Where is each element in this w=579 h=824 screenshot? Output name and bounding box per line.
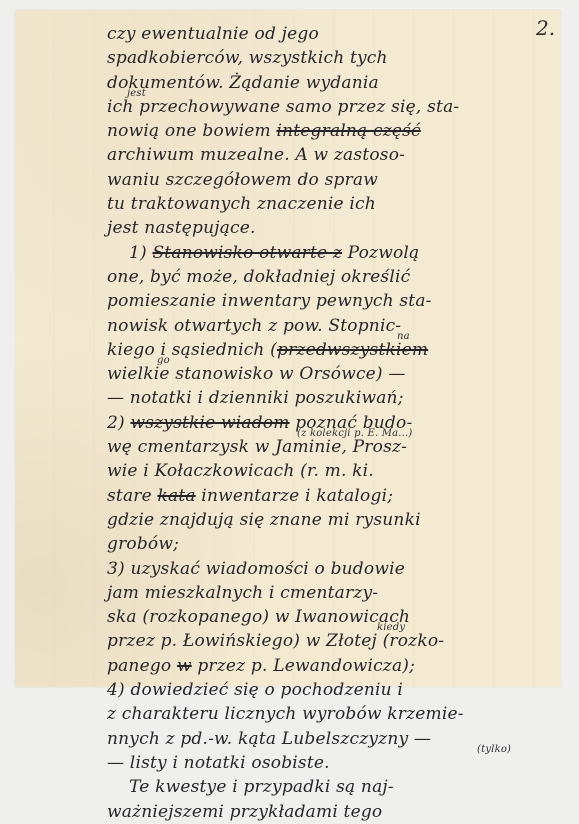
manuscript-line: gdzie znajdują się znane mi rysunki xyxy=(107,508,577,532)
manuscript-line: wę cmentarzysk w Jaminie, Prosz-(z kolek… xyxy=(107,435,577,459)
interlinear-insertion: kiedy xyxy=(377,623,405,633)
manuscript-line: kiego i sąsiednich (przedwszystkiemna xyxy=(107,338,577,362)
interlinear-insertion: jest xyxy=(127,89,146,99)
interlinear-insertion: go xyxy=(157,356,170,366)
manuscript-line: wielkie stanowisko w Orsówce) —go xyxy=(107,362,577,386)
manuscript-line: panego w przez p. Lewandowicza); xyxy=(107,654,577,678)
manuscript-line: jam mieszkalnych i cmentarzy- xyxy=(107,581,577,605)
manuscript-line: tu traktowanych znaczenie ich xyxy=(107,192,577,216)
struck-text: w xyxy=(177,656,192,676)
manuscript-line: one, być może, dokładniej określić xyxy=(107,265,577,289)
struck-text: Stanowisko otwarte z xyxy=(152,243,342,263)
manuscript-line: 4) dowiedzieć się o pochodzeniu i xyxy=(107,678,577,702)
struck-text: przedwszystkiem xyxy=(277,340,428,360)
struck-text: wszystkie wiadom xyxy=(130,413,289,433)
manuscript-line: 3) uzyskać wiadomości o budowie xyxy=(107,557,577,581)
interlinear-insertion: (z kolekcji p. E. Ma...) xyxy=(297,429,413,439)
manuscript-line: nowisk otwartych z pow. Stopnic- xyxy=(107,314,577,338)
struck-text: kata xyxy=(157,486,195,506)
manuscript-line: ich przechowywane samo przez się, sta-je… xyxy=(107,95,577,119)
manuscript-line: 1) Stanowisko otwarte z Pozwolą xyxy=(107,241,577,265)
manuscript-line: czy ewentualnie od jego xyxy=(107,22,577,46)
manuscript-line: waniu szczegółowem do spraw xyxy=(107,168,577,192)
manuscript-line: jest następujące. xyxy=(107,216,577,240)
manuscript-line: spadkobierców, wszystkich tych xyxy=(107,46,577,70)
manuscript-line: ska (rozkopanego) w Iwanowicach xyxy=(107,605,577,629)
interlinear-insertion: na xyxy=(397,332,410,342)
manuscript-line: nowią one bowiem integralną część xyxy=(107,119,577,143)
manuscript-line: wie i Kołaczkowicach (r. m. ki. xyxy=(107,459,577,483)
manuscript-line: pomieszanie inwentary pewnych sta- xyxy=(107,289,577,313)
manuscript-line: dokumentów. Żądanie wydania xyxy=(107,71,577,95)
manuscript-line: stare kata inwentarze i katalogi; xyxy=(107,484,577,508)
manuscript-line: — notatki i dzienniki poszukiwań; xyxy=(107,386,577,410)
manuscript-line: archiwum muzealne. A w zastoso- xyxy=(107,143,577,167)
manuscript-page: 2. czy ewentualnie od jegospadkobierców,… xyxy=(15,10,561,687)
struck-text: integralną część xyxy=(276,121,420,141)
manuscript-line: grobów; xyxy=(107,532,577,556)
manuscript-line: przez p. Łowińskiego) w Złotej (rozko-ki… xyxy=(107,629,577,653)
handwritten-text-block: czy ewentualnie od jegospadkobierców, ws… xyxy=(107,22,577,709)
manuscript-line: z charakteru licznych wyrobów krzemie- xyxy=(107,702,577,709)
